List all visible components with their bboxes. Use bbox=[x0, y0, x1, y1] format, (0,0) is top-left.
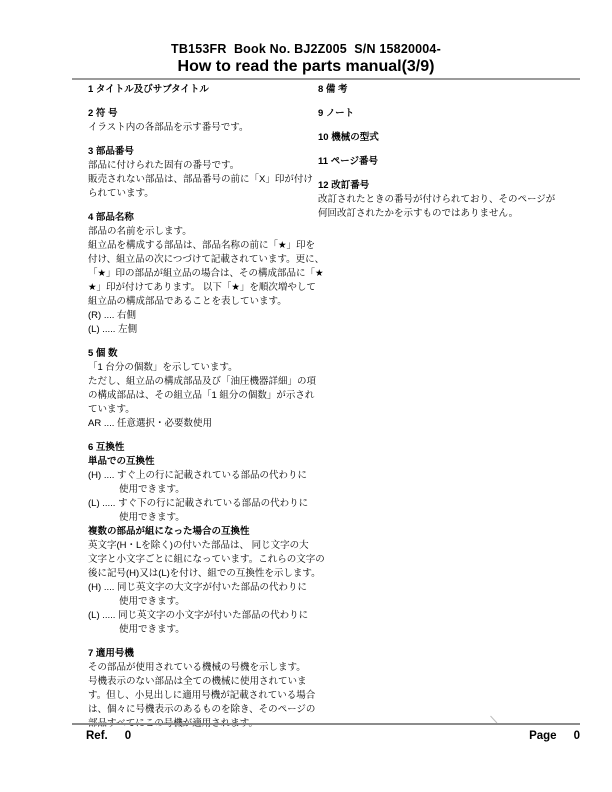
section-line: (L) ..... 同じ英文字の小文字が付いた部品の代わりに bbox=[88, 609, 318, 623]
header-doc-info: TB153FR Book No. BJ2Z005 S/N 15820004- bbox=[0, 42, 612, 56]
section-line: 使用できます。 bbox=[88, 595, 318, 609]
section-line: の構成部品は、その組立品「1 組分の個数」が示され bbox=[88, 389, 318, 403]
section-heading: 4 部品名称 bbox=[88, 211, 318, 225]
manual-section: 10 機械の型式 bbox=[318, 131, 580, 145]
section-line: 使用できます。 bbox=[88, 483, 318, 497]
section-line: 複数の部品が組になった場合の互換性 bbox=[88, 525, 318, 539]
ref-value: 0 bbox=[125, 729, 131, 743]
section-line: 「1 台分の個数」を示しています。 bbox=[88, 361, 318, 375]
manual-section: 5 個 数「1 台分の個数」を示しています。ただし、組立品の構成部品及び「油圧機… bbox=[88, 347, 318, 431]
manual-section: 11 ページ番号 bbox=[318, 155, 580, 169]
content-columns: 1 タイトル及びサブタイトル2 符 号イラスト内の各部品を示す番号です。3 部品… bbox=[88, 83, 580, 741]
section-line: (H) .... すぐ上の行に記載されている部品の代わりに bbox=[88, 469, 318, 483]
section-line: 英文字(H・Lを除く)の付いた部品は、 同じ文字の大 bbox=[88, 539, 318, 553]
section-line: 号機表示のない部品は全ての機械に使用されていま bbox=[88, 675, 318, 689]
section-heading: 6 互換性 bbox=[88, 441, 318, 455]
section-line: イラスト内の各部品を示す番号です。 bbox=[88, 121, 318, 135]
manual-section: 7 適用号機その部品が使用されている機械の号機を示します。号機表示のない部品は全… bbox=[88, 647, 318, 731]
section-line: ただし、組立品の構成部品及び「油圧機器詳細」の項 bbox=[88, 375, 318, 389]
footer-rule bbox=[72, 723, 580, 725]
header-rule bbox=[72, 78, 580, 80]
section-line: 使用できます。 bbox=[88, 623, 318, 637]
section-heading: 9 ノート bbox=[318, 107, 580, 121]
manual-section: 4 部品名称部品の名前を示します。組立品を構成する部品は、部品名称の前に「★」印… bbox=[88, 211, 318, 337]
section-line: その部品が使用されている機械の号機を示します。 bbox=[88, 661, 318, 675]
section-line: 使用できます。 bbox=[88, 511, 318, 525]
manual-section: 3 部品番号部品に付けられた固有の番号です。販売されない部品は、部品番号の前に「… bbox=[88, 145, 318, 201]
section-line: 何回改訂されたかを示すものではありません。 bbox=[318, 207, 580, 221]
section-heading: 2 符 号 bbox=[88, 107, 318, 121]
section-line: 後に記号(H)又は(L)を付け、組での互換性を示します。 bbox=[88, 567, 318, 581]
page-title: How to read the parts manual(3/9) bbox=[0, 58, 612, 76]
section-line: 部品の名前を示します。 bbox=[88, 225, 318, 239]
section-line: (H) .... 同じ英文字の大文字が付いた部品の代わりに bbox=[88, 581, 318, 595]
section-heading: 1 タイトル及びサブタイトル bbox=[88, 83, 318, 97]
footer-page: Page0 bbox=[529, 729, 580, 743]
section-line: 販売されない部品は、部品番号の前に「X」印が付け bbox=[88, 173, 318, 187]
section-heading: 8 備 考 bbox=[318, 83, 580, 97]
section-line: 単品での互換性 bbox=[88, 455, 318, 469]
manual-section: 8 備 考 bbox=[318, 83, 580, 97]
section-line: (L) ..... すぐ下の行に記載されている部品の代わりに bbox=[88, 497, 318, 511]
section-line: 文字と小文字ごとに組になっています。これらの文字の bbox=[88, 553, 318, 567]
section-line: 部品に付けられた固有の番号です。 bbox=[88, 159, 318, 173]
section-line: AR .... 任意選択・必要数使用 bbox=[88, 417, 318, 431]
section-line: 組立品の構成部品であることを表しています。 bbox=[88, 295, 318, 309]
manual-section: 9 ノート bbox=[318, 107, 580, 121]
page-value: 0 bbox=[574, 729, 580, 743]
section-line: (R) .... 右側 bbox=[88, 309, 318, 323]
manual-section: 12 改訂番号改訂されたときの番号が付けられており、そのページが何回改訂されたか… bbox=[318, 179, 580, 221]
section-line: は、個々に号機表示のあるものを除き、そのページの bbox=[88, 703, 318, 717]
section-heading: 12 改訂番号 bbox=[318, 179, 580, 193]
section-line: られています。 bbox=[88, 187, 318, 201]
section-line: 「★」印の部品が組立品の場合は、その構成部品に「★ bbox=[88, 267, 318, 281]
section-line: 付け、組立品の次につづけて記載されています。更に、 bbox=[88, 253, 318, 267]
section-line: ★」印が付けてあります。 以下「★」を順次増やして bbox=[88, 281, 318, 295]
section-heading: 3 部品番号 bbox=[88, 145, 318, 159]
section-heading: 10 機械の型式 bbox=[318, 131, 580, 145]
footer-ref: Ref.0 bbox=[86, 729, 131, 743]
section-heading: 11 ページ番号 bbox=[318, 155, 580, 169]
manual-section: 6 互換性単品での互換性(H) .... すぐ上の行に記載されている部品の代わり… bbox=[88, 441, 318, 637]
section-line: す。但し、小見出しに適用号機が記載されている場合 bbox=[88, 689, 318, 703]
section-line: 改訂されたときの番号が付けられており、そのページが bbox=[318, 193, 580, 207]
right-column: 8 備 考9 ノート10 機械の型式11 ページ番号12 改訂番号改訂されたとき… bbox=[318, 83, 580, 231]
section-line: ています。 bbox=[88, 403, 318, 417]
manual-page: TB153FR Book No. BJ2Z005 S/N 15820004- H… bbox=[0, 0, 612, 792]
section-heading: 5 個 数 bbox=[88, 347, 318, 361]
left-column: 1 タイトル及びサブタイトル2 符 号イラスト内の各部品を示す番号です。3 部品… bbox=[88, 83, 318, 741]
section-line: 組立品を構成する部品は、部品名称の前に「★」印を bbox=[88, 239, 318, 253]
manual-section: 1 タイトル及びサブタイトル bbox=[88, 83, 318, 97]
ref-label: Ref. bbox=[86, 729, 108, 743]
page-label: Page bbox=[529, 729, 557, 743]
manual-section: 2 符 号イラスト内の各部品を示す番号です。 bbox=[88, 107, 318, 135]
footer: Ref.0 Page0 bbox=[86, 729, 580, 743]
section-line: (L) ..... 左側 bbox=[88, 323, 318, 337]
section-heading: 7 適用号機 bbox=[88, 647, 318, 661]
